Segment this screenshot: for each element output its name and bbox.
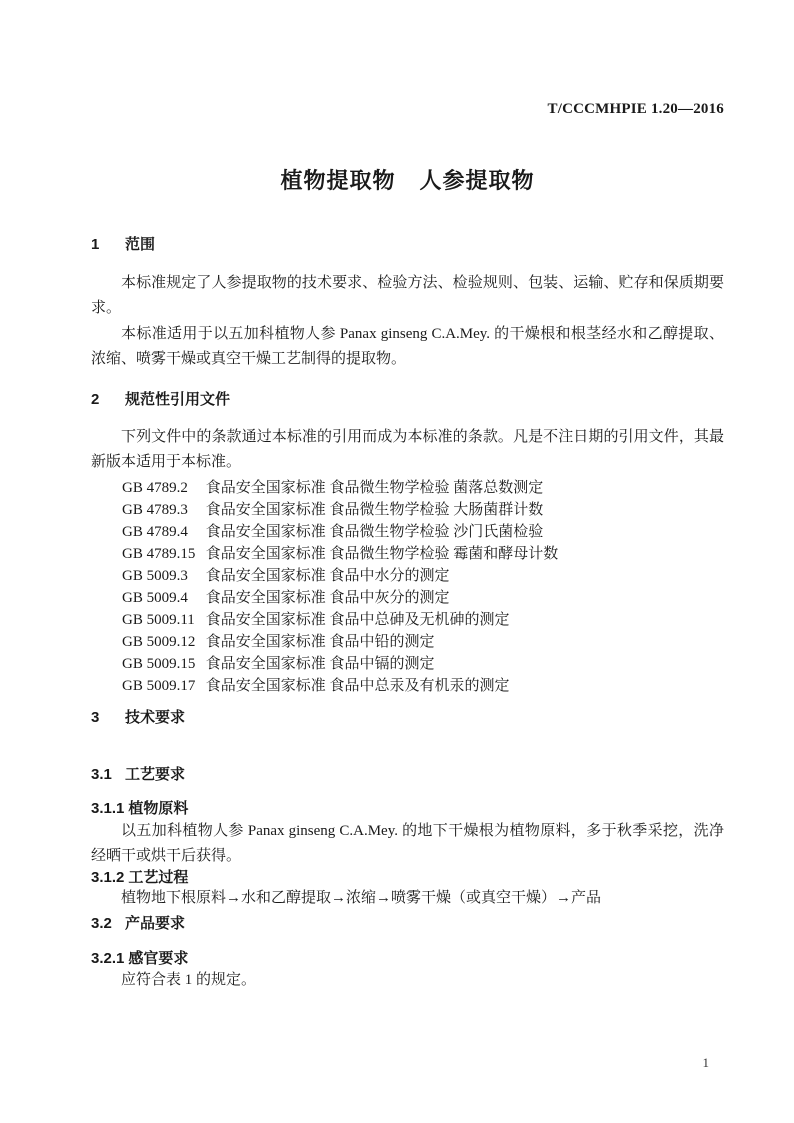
- reference-code: GB 5009.4: [122, 587, 202, 609]
- reference-title: 食品安全国家标准 食品微生物学检验 沙门氏菌检验: [206, 524, 544, 540]
- reference-item: GB 4789.3 食品安全国家标准 食品微生物学检验 大肠菌群计数: [122, 499, 724, 521]
- reference-item: GB 4789.15 食品安全国家标准 食品微生物学检验 霉菌和酵母计数: [122, 543, 724, 565]
- reference-item: GB 5009.17 食品安全国家标准 食品中总汞及有机汞的测定: [122, 675, 724, 697]
- document-title-part2: 人参提取物: [420, 166, 535, 196]
- document-page: T/CCCMHPIE 1.20—2016 植物提取物 人参提取物 1 范围 本标…: [0, 0, 794, 1123]
- subsection-heading-3-1-1: 3.1.1 植物原料: [91, 800, 724, 817]
- subsection-heading-3-1: 3.1 工艺要求: [91, 766, 724, 783]
- reference-item: GB 5009.15 食品安全国家标准 食品中镉的测定: [122, 653, 724, 675]
- section-number: 3.2.1: [91, 950, 124, 967]
- reference-code: GB 5009.15: [122, 653, 202, 675]
- reference-item: GB 5009.4 食品安全国家标准 食品中灰分的测定: [122, 587, 724, 609]
- section-heading-text: 感官要求: [128, 950, 188, 967]
- subsection-heading-3-2-1: 3.2.1 感官要求: [91, 950, 724, 967]
- reference-code: GB 4789.2: [122, 477, 202, 499]
- reference-title: 食品安全国家标准 食品中总汞及有机汞的测定: [206, 678, 510, 694]
- document-title: 植物提取物 人参提取物: [91, 166, 724, 196]
- reference-item: GB 5009.11 食品安全国家标准 食品中总砷及无机砷的测定: [122, 609, 724, 631]
- section-heading-text: 技术要求: [125, 709, 185, 726]
- reference-title: 食品安全国家标准 食品中水分的测定: [206, 568, 450, 584]
- document-title-part1: 植物提取物: [280, 166, 395, 196]
- section-heading-text: 工艺要求: [125, 766, 185, 783]
- references-intro: 下列文件中的条款通过本标准的引用而成为本标准的条款。凡是不注日期的引用文件，其最…: [91, 425, 724, 475]
- sensory-requirement-paragraph: 应符合表 1 的规定。: [91, 968, 724, 993]
- section-heading-scope: 1 范围: [91, 236, 724, 253]
- section-number: 3.1.2: [91, 869, 124, 886]
- section-number: 1: [91, 236, 121, 253]
- reference-title: 食品安全国家标准 食品微生物学检验 霉菌和酵母计数: [206, 546, 559, 562]
- section-heading-technical: 3 技术要求: [91, 709, 724, 726]
- reference-code: GB 5009.17: [122, 675, 202, 697]
- process-flow-paragraph: 植物地下根原料→水和乙醇提取→浓缩→喷雾干燥（或真空干燥）→产品: [91, 886, 724, 911]
- reference-title: 食品安全国家标准 食品中镉的测定: [206, 656, 435, 672]
- reference-code: GB 5009.3: [122, 565, 202, 587]
- references-list: GB 4789.2 食品安全国家标准 食品微生物学检验 菌落总数测定 GB 47…: [91, 477, 724, 697]
- section-number: 3: [91, 709, 121, 726]
- section-heading-text: 工艺过程: [128, 869, 188, 886]
- reference-title: 食品安全国家标准 食品中总砷及无机砷的测定: [206, 612, 510, 628]
- reference-code: GB 4789.4: [122, 521, 202, 543]
- section-heading-text: 规范性引用文件: [125, 391, 230, 408]
- reference-title: 食品安全国家标准 食品微生物学检验 大肠菌群计数: [206, 502, 544, 518]
- scope-paragraph-2: 本标准适用于以五加科植物人参 Panax ginseng C.A.Mey. 的干…: [91, 322, 724, 372]
- scope-paragraph-1: 本标准规定了人参提取物的技术要求、检验方法、检验规则、包装、运输、贮存和保质期要…: [91, 271, 724, 321]
- reference-item: GB 4789.4 食品安全国家标准 食品微生物学检验 沙门氏菌检验: [122, 521, 724, 543]
- section-number: 3.1: [91, 766, 121, 783]
- reference-code: GB 5009.12: [122, 631, 202, 653]
- reference-title: 食品安全国家标准 食品中铅的测定: [206, 634, 435, 650]
- section-heading-text: 范围: [125, 236, 155, 253]
- raw-material-paragraph: 以五加科植物人参 Panax ginseng C.A.Mey. 的地下干燥根为植…: [91, 819, 724, 869]
- reference-code: GB 5009.11: [122, 609, 202, 631]
- reference-title: 食品安全国家标准 食品微生物学检验 菌落总数测定: [206, 480, 544, 496]
- reference-title: 食品安全国家标准 食品中灰分的测定: [206, 590, 450, 606]
- section-heading-text: 产品要求: [125, 915, 185, 932]
- section-heading-text: 植物原料: [128, 800, 188, 817]
- section-heading-references: 2 规范性引用文件: [91, 391, 724, 408]
- reference-item: GB 5009.12 食品安全国家标准 食品中铅的测定: [122, 631, 724, 653]
- subsection-heading-3-2: 3.2 产品要求: [91, 915, 724, 932]
- reference-item: GB 4789.2 食品安全国家标准 食品微生物学检验 菌落总数测定: [122, 477, 724, 499]
- reference-item: GB 5009.3 食品安全国家标准 食品中水分的测定: [122, 565, 724, 587]
- section-number: 2: [91, 391, 121, 408]
- standard-number: T/CCCMHPIE 1.20—2016: [91, 0, 724, 118]
- subsection-heading-3-1-2: 3.1.2 工艺过程: [91, 869, 724, 886]
- reference-code: GB 4789.15: [122, 543, 202, 565]
- section-number: 3.2: [91, 915, 121, 932]
- page-number: 1: [703, 1055, 710, 1071]
- reference-code: GB 4789.3: [122, 499, 202, 521]
- section-number: 3.1.1: [91, 800, 124, 817]
